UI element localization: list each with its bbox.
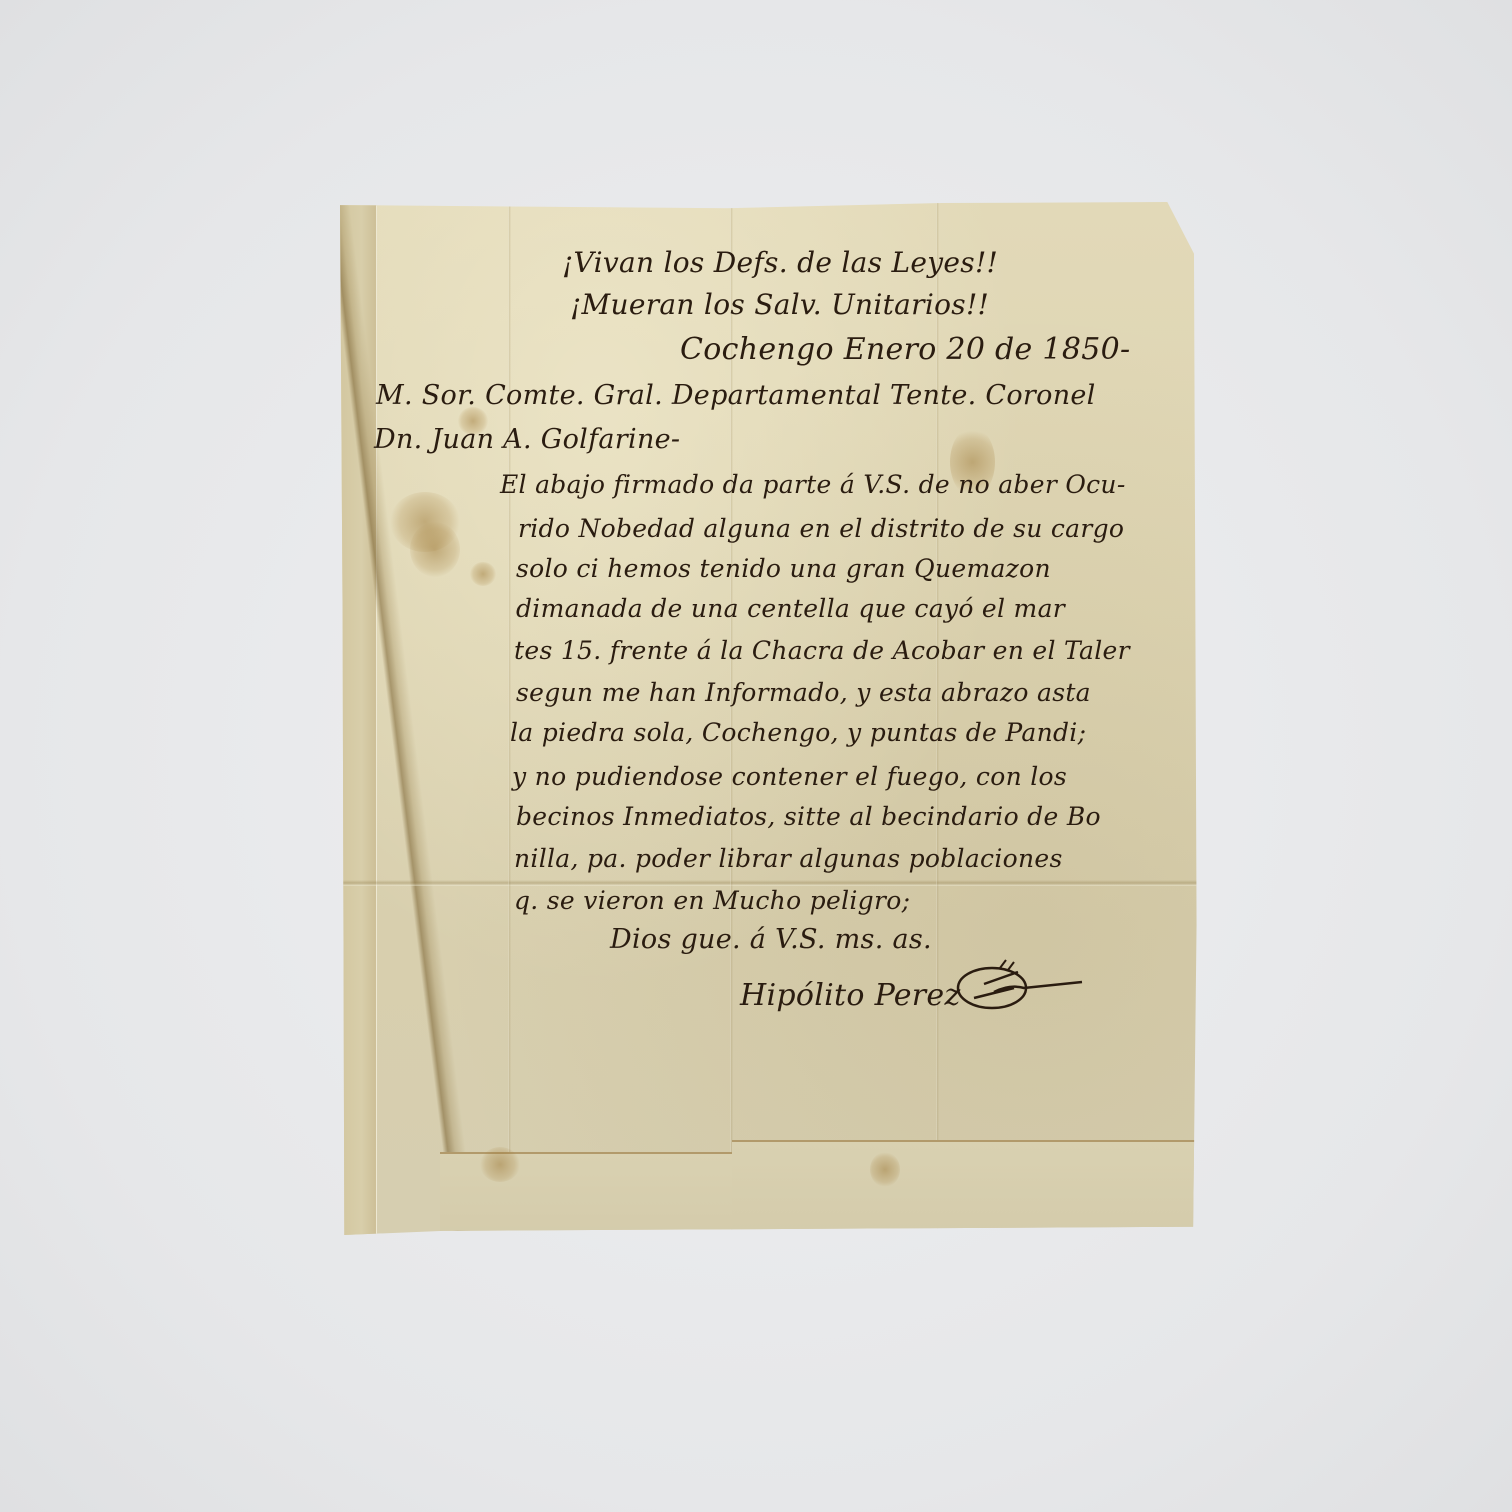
body-line: rido Nobedad alguna en el distrito de su… xyxy=(518,514,1124,543)
motto-line-2: ¡Mueran los Salv. Unitarios!! xyxy=(570,288,989,321)
dateline: Cochengo Enero 20 de 1850- xyxy=(680,332,1130,367)
water-stain xyxy=(480,1147,520,1182)
body-line: El abajo firmado da parte á V.S. de no a… xyxy=(500,470,1126,499)
torn-bottom-panel-right xyxy=(732,1140,1198,1237)
body-line: segun me han Informado, y esta abrazo as… xyxy=(516,678,1091,707)
signature-name: Hipólito Perez xyxy=(740,978,961,1013)
addressee-line-1: M. Sor. Comte. Gral. Departamental Tente… xyxy=(376,380,1096,411)
signature-rubric-icon xyxy=(954,958,1084,1018)
body-line: tes 15. frente á la Chacra de Acobar en … xyxy=(514,636,1130,665)
body-line: dimanada de una centella que cayó el mar xyxy=(516,594,1065,623)
addressee-line-2: Dn. Juan A. Golfarine- xyxy=(374,424,680,455)
water-stain xyxy=(410,522,460,577)
letter-sheet: ¡Vivan los Defs. de las Leyes!! ¡Mueran … xyxy=(340,202,1200,1235)
body-line: nilla, pa. poder librar algunas poblacio… xyxy=(514,844,1063,873)
water-stain xyxy=(870,1152,900,1187)
motto-line-1: ¡Vivan los Defs. de las Leyes!! xyxy=(562,246,998,279)
body-line: la piedra sola, Cochengo, y puntas de Pa… xyxy=(510,718,1086,747)
body-line: solo ci hemos tenido una gran Quemazon xyxy=(516,554,1051,583)
water-stain xyxy=(470,562,496,586)
body-line: becinos Inmediatos, sitte al becindario … xyxy=(516,802,1101,831)
body-line: q. se vieron en Mucho peligro; xyxy=(514,886,910,915)
closing-line: Dios gue. á V.S. ms. as. xyxy=(610,924,932,955)
folded-edge-strip xyxy=(340,202,377,1235)
body-line: y no pudiendose contener el fuego, con l… xyxy=(512,762,1067,791)
